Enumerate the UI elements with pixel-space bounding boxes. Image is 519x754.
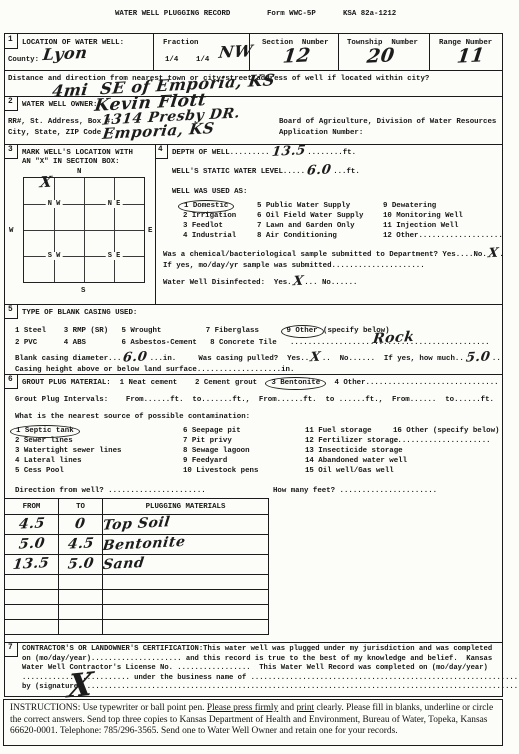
to-value: 4.5 [67, 538, 94, 549]
sample-question-end: . [499, 251, 503, 259]
static-level-units: ...ft. [333, 168, 360, 176]
contamination-item: 7 Pit privy [183, 436, 258, 446]
divider [5, 304, 502, 305]
table-row-empty [5, 575, 269, 590]
disinfected-no-dots: ... No...... [304, 279, 357, 287]
county-value: Lyon [42, 45, 89, 63]
contamination-item: 13 Insecticide storage [305, 446, 407, 456]
divider [5, 642, 502, 643]
fraction-quarters: 1/4 1/4 [165, 55, 209, 65]
sample-date-line: If yes, mo/day/yr sample was submitted..… [163, 261, 425, 271]
quadrant-sw-label: S W [46, 252, 63, 260]
contamination-item: 4 Lateral lines [15, 456, 121, 466]
section-location-grid: N W N E S W S E X [23, 177, 145, 283]
used-as-column-2: 5 Public Water Supply 6 Oil Field Water … [257, 201, 363, 241]
used-as-item: 2 Irrigation [183, 211, 236, 221]
owner-label: WATER WELL OWNER: [22, 100, 97, 110]
grid-line [24, 256, 144, 257]
depth-units: ........ft. [307, 149, 356, 157]
static-level-line: WELL'S STATIC WATER LEVEL.....6.0...ft. [172, 167, 360, 177]
to-header: TO [59, 499, 103, 515]
table-row: 13.5 5.0 Sand [5, 555, 269, 575]
casing-diameter-label: Blank casing diameter... [15, 355, 121, 363]
contamination-item: 10 Livestock pens [183, 466, 258, 476]
divider [153, 34, 154, 70]
form-number: Form WWC-5P [267, 9, 316, 19]
compass-east-label: E [148, 226, 152, 236]
contamination-column-4: 16 Other (specify below) ...............… [393, 426, 499, 446]
contamination-item: 11 Fuel storage [305, 426, 407, 436]
address-label: RR#, St. Address, Box #: [8, 117, 114, 127]
casing-row-1: 1 Steel 3 RMP (SR) 5 Wrought 7 Fiberglas… [15, 326, 390, 336]
used-as-item: 3 Feedlot [183, 221, 236, 231]
from-value: 5.0 [18, 538, 45, 549]
instructions-text-2: and [278, 703, 296, 713]
fraction-label: Fraction [163, 38, 198, 48]
range-value: 11 [456, 46, 486, 66]
contamination-item: 14 Abandoned water well [305, 456, 407, 466]
agency-line2: Application Number: [279, 128, 363, 138]
certification-line: CONTRACTOR'S OR LANDOWNER'S CERTIFICATIO… [22, 645, 519, 655]
contamination-column-1: 1 Septic tank 2 Sewer lines 3 Watertight… [15, 426, 121, 476]
agency-line1: Board of Agriculture, Division of Water … [279, 117, 496, 127]
grout-other-dots: 4 Other.............................. [321, 379, 498, 387]
contamination-item: 8 Sewage lagoon [183, 446, 258, 456]
used-as-item: 9 Dewatering [383, 201, 503, 211]
casing-other-value: Rock [372, 330, 415, 346]
from-value: 4.5 [18, 518, 45, 529]
fraction-value: NW [218, 43, 254, 61]
used-as-label: WELL WAS USED AS: [172, 187, 247, 197]
materials-header: PLUGGING MATERIALS [103, 499, 269, 515]
table-row-empty [5, 605, 269, 620]
instructions-underlined-1: Please press firmly [207, 703, 278, 713]
casing-diameter-line: Blank casing diameter...6.0...in. Was ca… [15, 354, 501, 364]
contamination-item: 6 Seepage pit [183, 426, 258, 436]
page-title: WATER WELL PLUGGING RECORD [115, 9, 230, 19]
certification-line: by (signature)..........................… [22, 683, 519, 693]
certification-line: on (mo/day/year)..................... an… [22, 655, 519, 665]
material-value: Bentonite [102, 536, 186, 550]
table-row: 5.0 4.5 Bentonite [5, 535, 269, 555]
direction-from-well-label: Direction from well? ...................… [15, 486, 206, 496]
instructions-underlined-2: print [296, 703, 314, 713]
divider [338, 34, 339, 70]
used-as-item: 8 Air Conditioning [257, 231, 363, 241]
grid-line [24, 230, 144, 231]
sample-question-line: Was a chemical/bacteriological sample su… [163, 250, 504, 260]
from-value: 13.5 [13, 558, 51, 570]
grout-material-line: GROUT PLUG MATERIAL: 1 Neat cement 2 Cem… [22, 378, 499, 388]
used-as-item: 6 Oil Field Water Supply [257, 211, 363, 221]
used-as-item: 4 Industrial [183, 231, 236, 241]
quadrant-nw-label: N W [46, 200, 63, 208]
casing-heading: TYPE OF BLANK CASING USED: [22, 308, 137, 318]
casing-height-line: Casing height above or below land surfac… [15, 365, 294, 375]
table-header-row: FROM TO PLUGGING MATERIALS [5, 499, 269, 515]
section-number-value: 12 [282, 46, 312, 66]
depth-label: DEPTH OF WELL......... [172, 149, 270, 157]
used-as-item: 5 Public Water Supply [257, 201, 363, 211]
certification-line: Water Well Contractor's License No. ....… [22, 664, 519, 674]
casing-row-2: 2 PVC 4 ABS 6 Asbestos-Cement 8 Concrete… [15, 338, 490, 348]
city-state-zip-value: Emporia, KS [102, 121, 216, 142]
well-location-x-mark: X [39, 175, 53, 191]
water-well-plugging-record-form: WATER WELL PLUGGING RECORD Form WWC-5P K… [0, 0, 519, 754]
section-2-number: 2 [5, 96, 18, 111]
material-value: Sand [102, 557, 145, 569]
contamination-item: 3 Watertight sewer lines [15, 446, 121, 456]
contamination-item: 16 Other (specify below) [393, 426, 499, 436]
used-as-item: 12 Other................... [383, 231, 503, 241]
section-3-number: 3 [5, 144, 18, 159]
used-as-item: 11 Injection Well [383, 221, 503, 231]
compass-west-label: W [9, 226, 13, 236]
divider [155, 144, 156, 304]
section-5-number: 5 [5, 304, 18, 319]
to-value: 5.0 [67, 558, 94, 569]
casing-pulled-label: ...in. Was casing pulled? Yes.. [150, 355, 310, 363]
to-value: 0 [75, 518, 87, 529]
contamination-question: What is the nearest source of possible c… [15, 412, 250, 422]
divider [5, 144, 502, 145]
material-value: Top Soil [102, 517, 171, 530]
section-1-number: 1 [5, 34, 18, 49]
casing-howmuch-dots: .. [492, 355, 501, 363]
table-row-empty [5, 620, 269, 635]
depth-of-well-line: DEPTH OF WELL.........13.5........ft. [172, 148, 356, 158]
statute-number: KSA 82a-1212 [343, 9, 396, 19]
grout-bentonite-circled: 3 Bentonite [265, 377, 326, 390]
casing-howmuch-label: .. No...... If yes, how much.. [322, 355, 464, 363]
casing-pulled-x-mark: X [310, 355, 321, 362]
disinfected-line: Water Well Disinfected: Yes.X... No.....… [163, 278, 357, 288]
quadrant-se-label: S E [106, 252, 123, 260]
quadrant-ne-label: N E [106, 200, 123, 208]
grid-line [24, 204, 144, 205]
casing-howmuch-value: 5.0 [465, 354, 490, 361]
casing-options-row2: 2 PVC 4 ABS 6 Asbestos-Cement 8 Concrete… [15, 339, 290, 347]
signature-x-mark: X [66, 664, 95, 705]
static-level-value: 6.0 [307, 167, 332, 174]
divider [429, 34, 430, 70]
contamination-item: 12 Fertilizer storage [305, 436, 407, 446]
sample-question: Was a chemical/bacteriological sample su… [163, 251, 487, 259]
used-as-item: 10 Monitoring Well [383, 211, 503, 221]
used-as-column-1: 1 Domestic 2 Irrigation 3 Feedlot 4 Indu… [183, 201, 236, 241]
section-4-number: 4 [155, 144, 168, 159]
contamination-item: ...................... [393, 436, 499, 446]
from-header: FROM [5, 499, 59, 515]
casing-diameter-value: 6.0 [123, 354, 148, 361]
used-as-item: 7 Lawn and Garden Only [257, 221, 363, 231]
compass-south-label: S [81, 286, 85, 296]
grout-material-label: GROUT PLUG MATERIAL: 1 Neat cement 2 Cem… [22, 379, 270, 387]
contamination-item: 15 Oil well/Gas well [305, 466, 407, 476]
county-label: County: [8, 55, 39, 65]
section-7-number: 7 [5, 642, 18, 657]
plugging-materials-table: FROM TO PLUGGING MATERIALS 4.5 0 Top Soi… [4, 498, 269, 635]
static-level-label: WELL'S STATIC WATER LEVEL..... [172, 168, 305, 176]
certification-text: CONTRACTOR'S OR LANDOWNER'S CERTIFICATIO… [22, 645, 519, 693]
instructions-box: INSTRUCTIONS: Use typewriter or ball poi… [3, 699, 503, 746]
contamination-column-3: 11 Fuel storage 12 Fertilizer storage 13… [305, 426, 407, 476]
depth-value: 13.5 [271, 148, 306, 156]
casing-options-row1: 1 Steel 3 RMP (SR) 5 Wrought 7 Fiberglas… [15, 327, 286, 335]
used-as-column-3: 9 Dewatering 10 Monitoring Well 11 Injec… [383, 201, 503, 241]
contamination-column-2: 6 Seepage pit 7 Pit privy 8 Sewage lagoo… [183, 426, 258, 476]
disinfected-label: Water Well Disinfected: Yes. [163, 279, 292, 287]
certification-line: ......................... under the busi… [22, 674, 519, 684]
casing-other-circled: 9 Other [281, 325, 324, 338]
contamination-item: 5 Cess Pool [15, 466, 121, 476]
city-state-zip-label: City, State, ZIP Code : [8, 128, 114, 138]
table-row: 4.5 0 Top Soil [5, 515, 269, 535]
township-value: 20 [366, 46, 396, 66]
grout-intervals-line: Grout Plug Intervals: From......ft. to..… [15, 395, 494, 405]
instructions-text-1: INSTRUCTIONS: Use typewriter or ball poi… [10, 703, 207, 713]
how-many-feet-label: How many feet? ...................... [273, 486, 437, 496]
sectionbox-heading-2: AN "X" IN SECTION BOX: [22, 157, 120, 167]
section-6-number: 6 [5, 374, 18, 389]
disinfected-yes-x-mark: X [292, 279, 303, 286]
sample-no-x-mark: X [487, 251, 498, 258]
form-body: 1 LOCATION OF WATER WELL: County: Lyon F… [4, 33, 503, 697]
compass-north-label: N [77, 167, 81, 177]
contamination-item: 9 Feedyard [183, 456, 258, 466]
table-row-empty [5, 590, 269, 605]
contamination-item: 2 Sewer lines [15, 436, 121, 446]
